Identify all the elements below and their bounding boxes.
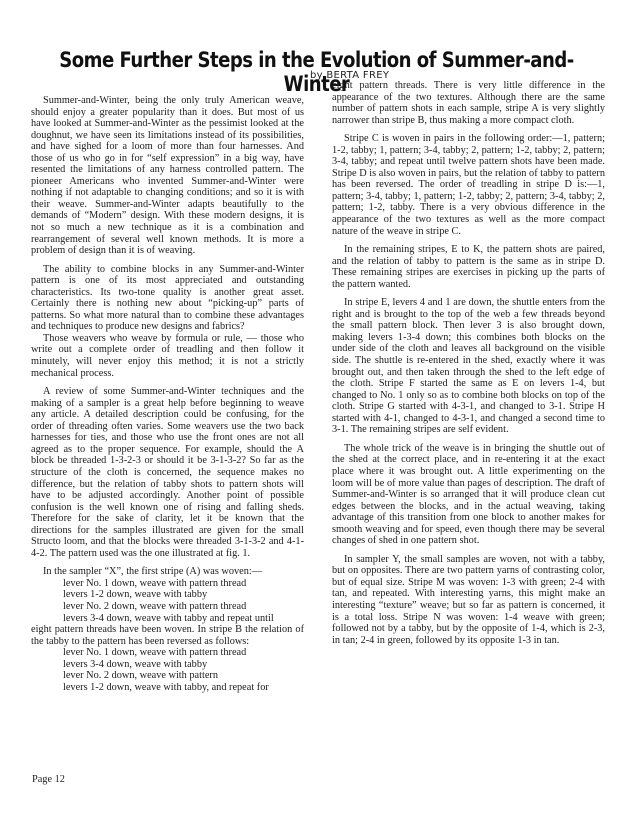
paragraph-combining-blocks: The ability to combine blocks in any Sum… <box>31 264 304 333</box>
page-number: Page 12 <box>32 774 65 785</box>
step-line: levers 1-2 down, weave with tabby, and r… <box>31 682 304 694</box>
paragraph-remaining-stripes: In the remaining stripes, E to K, the pa… <box>332 244 605 290</box>
stripe-a-steps: lever No. 1 down, weave with pattern thr… <box>31 578 304 624</box>
step-line: lever No. 1 down, weave with pattern thr… <box>31 578 304 590</box>
paragraph-sampler-x-intro: In the sampler “X”, the first stripe (A)… <box>31 566 304 578</box>
step-line: levers 1-2 down, weave with tabby <box>31 589 304 601</box>
paragraph-whole-trick: The whole trick of the weave is in bring… <box>332 443 605 547</box>
stripe-b-steps: lever No. 1 down, weave with pattern thr… <box>31 647 304 693</box>
paragraph-stripe-e: In stripe E, levers 4 and 1 are down, th… <box>332 297 605 436</box>
left-column: Summer-and-Winter, being the only truly … <box>31 95 304 693</box>
step-line: lever No. 1 down, weave with pattern thr… <box>31 647 304 659</box>
step-line: levers 3-4 down, weave with tabby and re… <box>31 613 304 625</box>
right-column: eight pattern threads. There is very lit… <box>332 80 605 653</box>
paragraph-stripe-b-intro: eight pattern threads have been woven. I… <box>31 624 304 647</box>
paragraph-sampler-y: In sampler Y, the small samples are wove… <box>332 554 605 646</box>
step-line: lever No. 2 down, weave with pattern <box>31 670 304 682</box>
paragraph-intro: Summer-and-Winter, being the only truly … <box>31 95 304 257</box>
paragraph-stripes-c-d: Stripe C is woven in pairs in the follow… <box>332 133 605 237</box>
paragraph-sampler-review: A review of some Summer-and-Winter techn… <box>31 386 304 559</box>
step-line: levers 3-4 down, weave with tabby <box>31 659 304 671</box>
paragraph-formula-weavers: Those weavers who weave by formula or ru… <box>31 333 304 379</box>
step-line: lever No. 2 down, weave with pattern thr… <box>31 601 304 613</box>
paragraph-texture-comparison: eight pattern threads. There is very lit… <box>332 80 605 126</box>
